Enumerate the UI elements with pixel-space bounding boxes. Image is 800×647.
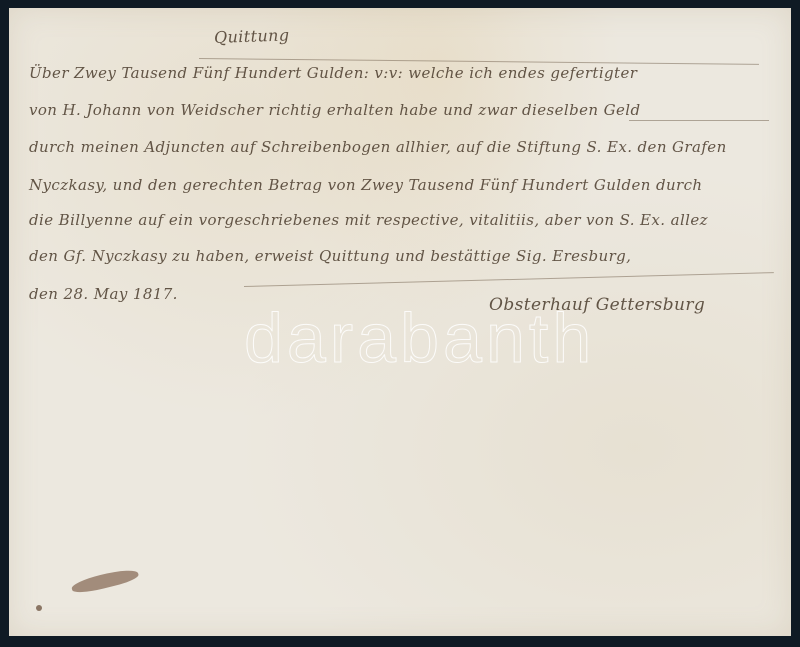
text-line-5: die Billyenne auf ein vorgeschriebenes m… — [29, 211, 708, 229]
ink-dot — [36, 605, 42, 611]
text-line-1: Über Zwey Tausend Fünf Hundert Gulden: v… — [29, 64, 637, 82]
document-page: Quittung Über Zwey Tausend Fünf Hundert … — [9, 8, 791, 636]
ruling-line — [244, 272, 774, 287]
document-title: Quittung — [214, 25, 290, 47]
ink-blot — [70, 566, 139, 596]
watermark: darabanth — [244, 298, 595, 378]
text-line-2: von H. Johann von Weidscher richtig erha… — [29, 101, 640, 119]
ruling-line — [629, 120, 769, 121]
date-line: den 28. May 1817. — [29, 285, 178, 303]
text-line-3: durch meinen Adjuncten auf Schreibenboge… — [29, 138, 727, 156]
text-line-4: Nyczkasy, und den gerechten Betrag von Z… — [29, 176, 703, 194]
text-line-6: den Gf. Nyczkasy zu haben, erweist Quitt… — [29, 247, 631, 265]
